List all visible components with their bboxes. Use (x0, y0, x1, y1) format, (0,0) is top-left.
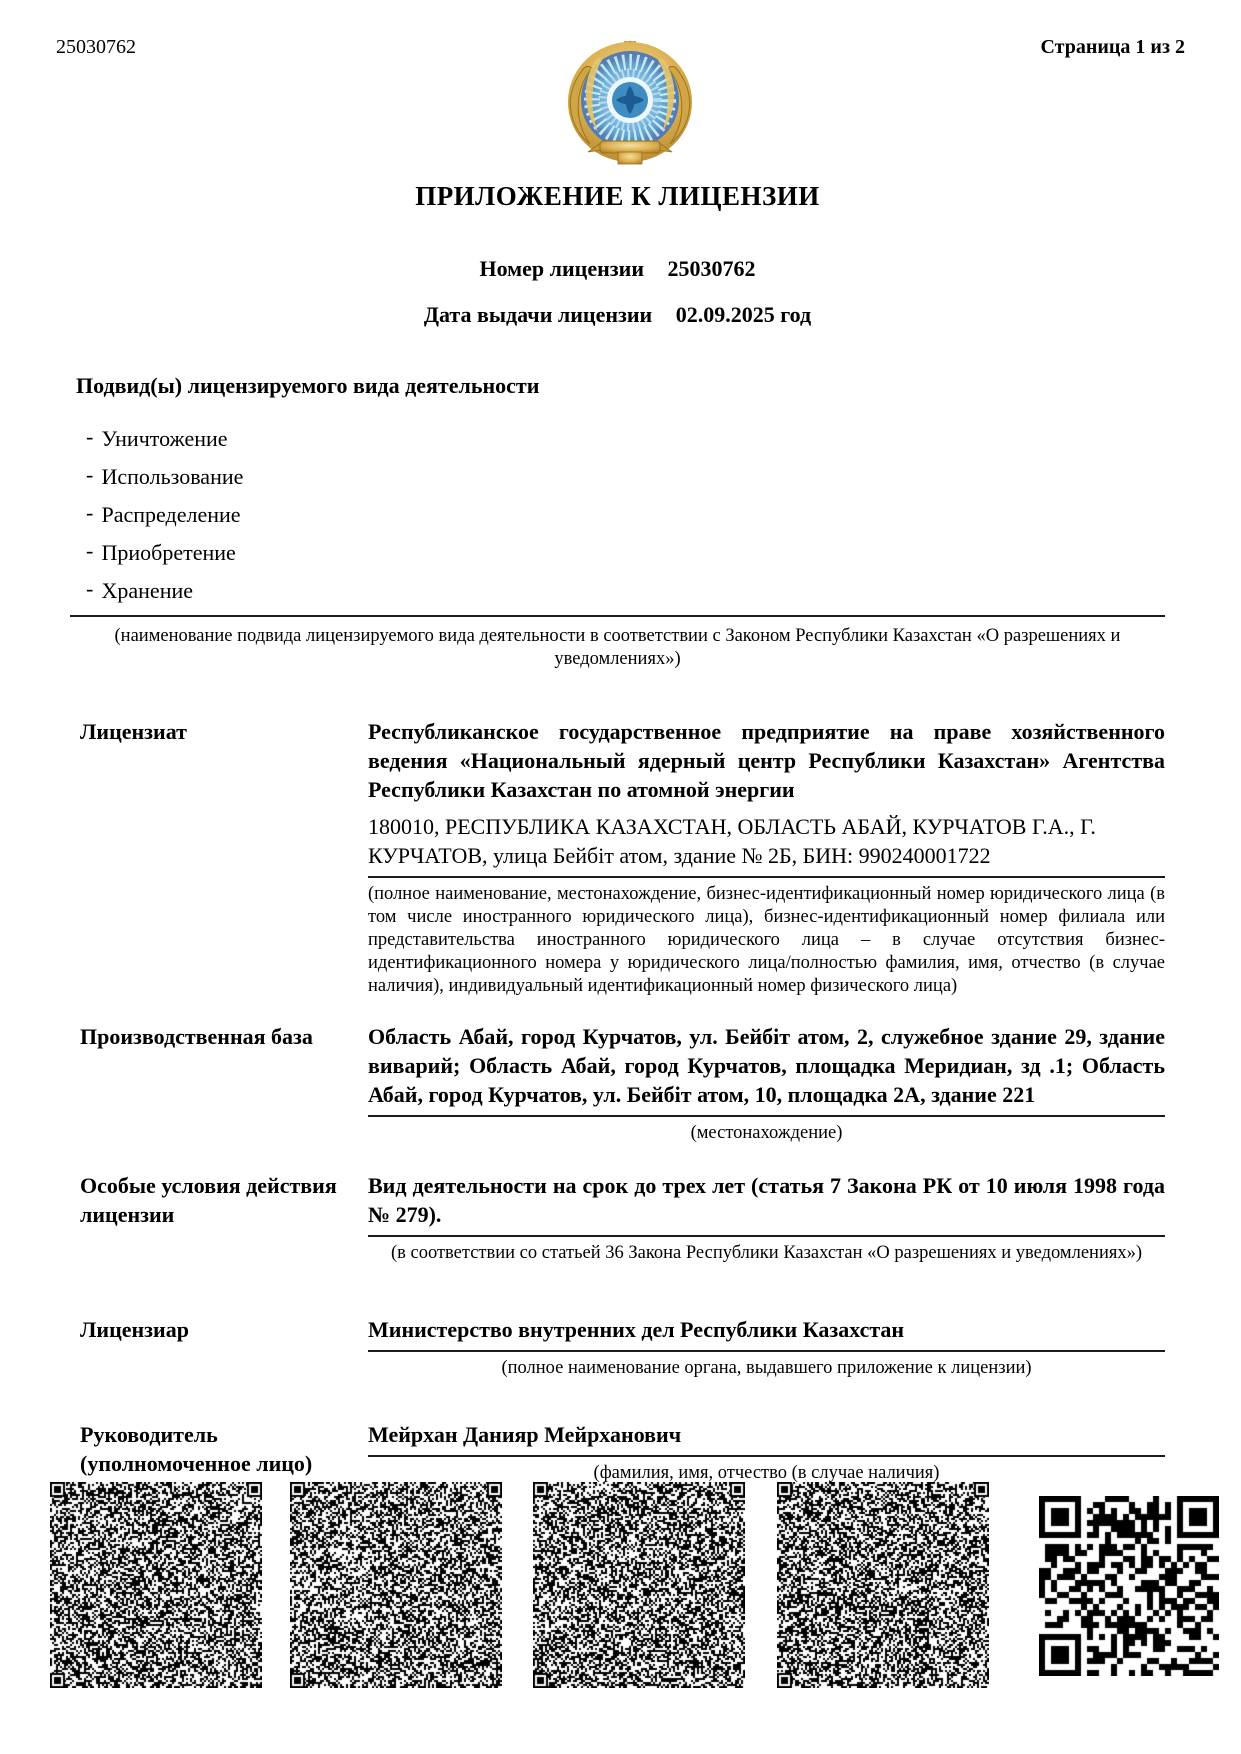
qr-code (1039, 1496, 1219, 1676)
production-base-section: Производственная база Область Абай, горо… (70, 1022, 1165, 1145)
divider-line (70, 615, 1165, 617)
license-number-label: Номер лицензии (479, 256, 644, 281)
list-item: - Распределение (86, 501, 1165, 527)
licensor-section: Лицензиар Министерство внутренних дел Ре… (70, 1315, 1165, 1380)
licensor-value: Министерство внутренних дел Республики К… (368, 1315, 1165, 1344)
bullet-dash: - (86, 539, 96, 563)
special-conditions-footnote: (в соответствии со статьей 36 Закона Рес… (368, 1235, 1165, 1265)
licensee-label: Лицензиат (70, 717, 368, 998)
head-person-label: Руководитель (уполномоченное лицо) (70, 1420, 368, 1485)
license-number-line: Номер лицензии 25030762 (70, 255, 1165, 283)
list-item: - Уничтожение (86, 425, 1165, 451)
head-person-footnote: (фамилия, имя, отчество (в случае наличи… (368, 1455, 1165, 1485)
datamatrix-barcode-3 (533, 1482, 745, 1688)
head-person-section: Руководитель (уполномоченное лицо) Мейрх… (70, 1420, 1165, 1485)
list-item: - Использование (86, 463, 1165, 489)
list-item: - Приобретение (86, 539, 1165, 565)
licensee-address: 180010, РЕСПУБЛИКА КАЗАХСТАН, ОБЛАСТЬ АБ… (368, 812, 1165, 870)
page-indicator: Страница 1 из 2 (1040, 36, 1185, 59)
list-item: - Хранение (86, 577, 1165, 603)
document-number-header: 25030762 (56, 36, 136, 59)
subtype-label: Использование (102, 464, 244, 489)
datamatrix-barcode-2 (290, 1482, 502, 1688)
subtypes-footnote: (наименование подвида лицензируемого вид… (114, 625, 1121, 671)
subtype-label: Хранение (102, 578, 194, 603)
licensor-label: Лицензиар (70, 1315, 368, 1380)
subtype-label: Уничтожение (102, 426, 228, 451)
production-base-footnote: (местонахождение) (368, 1115, 1165, 1145)
subtype-label: Приобретение (102, 540, 236, 565)
production-base-value: Область Абай, город Курчатов, ул. Бейбіт… (368, 1022, 1165, 1109)
bullet-dash: - (86, 577, 96, 601)
special-conditions-section: Особые условия действия лицензии Вид дея… (70, 1171, 1165, 1265)
license-date-value: 02.09.2025 год (676, 302, 811, 327)
license-appendix-page: 25030762 Страница 1 из 2 (0, 0, 1241, 1754)
subtypes-heading: Подвид(ы) лицензируемого вида деятельнос… (70, 373, 1165, 399)
subtype-label: Распределение (102, 502, 241, 527)
license-number-value: 25030762 (668, 256, 756, 281)
special-conditions-value: Вид деятельности на срок до трех лет (ст… (368, 1171, 1165, 1229)
licensor-footnote: (полное наименование органа, выдавшего п… (368, 1350, 1165, 1380)
datamatrix-barcode-1 (50, 1482, 262, 1688)
datamatrix-barcode-4 (777, 1482, 989, 1688)
license-date-line: Дата выдачи лицензии 02.09.2025 год (70, 301, 1165, 329)
license-date-label: Дата выдачи лицензии (424, 302, 652, 327)
bullet-dash: - (86, 425, 96, 449)
licensee-name: Республиканское государственное предприя… (368, 717, 1165, 804)
production-base-label: Производственная база (70, 1022, 368, 1145)
special-conditions-label: Особые условия действия лицензии (70, 1171, 368, 1265)
page-title: ПРИЛОЖЕНИЕ К ЛИЦЕНЗИИ (70, 181, 1165, 211)
bullet-dash: - (86, 463, 96, 487)
kazakhstan-emblem-icon (562, 38, 698, 168)
licensee-footnote: (полное наименование, местонахождение, б… (368, 876, 1165, 998)
subtypes-list: - Уничтожение - Использование - Распреде… (70, 425, 1165, 603)
licensee-section: Лицензиат Республиканское государственно… (70, 717, 1165, 998)
head-person-value: Мейрхан Данияр Мейрханович (368, 1420, 1165, 1449)
bullet-dash: - (86, 501, 96, 525)
